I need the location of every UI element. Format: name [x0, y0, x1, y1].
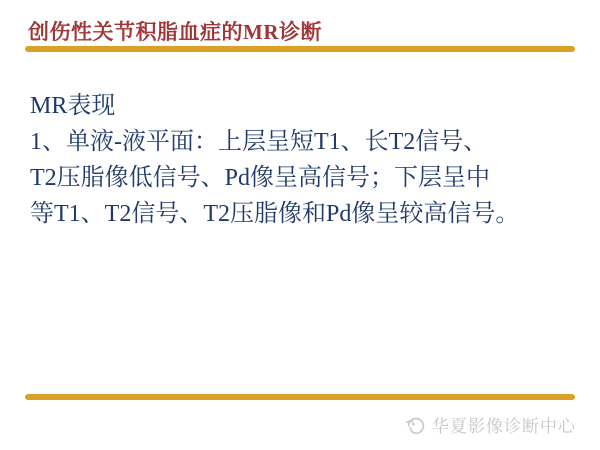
body-text-block: MR表现 1、单液-液平面：上层呈短T1、长T2信号、 T2压脂像低信号、Pd像… — [30, 88, 578, 232]
body-text-line: T2压脂像低信号、Pd像呈高信号；下层呈中 — [30, 160, 578, 196]
body-heading: MR表现 — [30, 88, 578, 124]
watermark-logo-icon — [405, 414, 427, 436]
slide: 创伤性关节积脂血症的MR诊断 MR表现 1、单液-液平面：上层呈短T1、长T2信… — [0, 0, 600, 450]
watermark: 华夏影像诊断中心 — [405, 412, 576, 437]
title-underline-rule — [25, 46, 575, 52]
footer-divider-rule — [25, 394, 575, 400]
body-text-line: 等T1、T2信号、T2压脂像和Pd像呈较高信号。 — [30, 196, 578, 232]
body-text-line: 1、单液-液平面：上层呈短T1、长T2信号、 — [30, 124, 578, 160]
watermark-text: 华夏影像诊断中心 — [432, 412, 576, 437]
slide-title: 创伤性关节积脂血症的MR诊断 — [28, 16, 322, 46]
